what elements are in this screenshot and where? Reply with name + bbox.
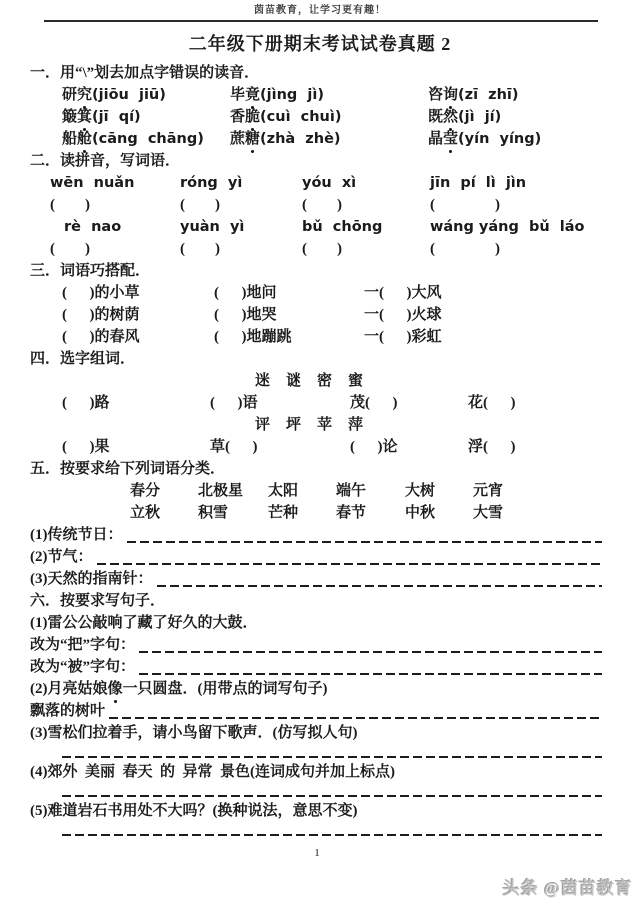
match-text: 的春风: [95, 329, 140, 345]
answer-bracket: ( ): [210, 395, 243, 411]
choice-char: 谜: [286, 370, 301, 392]
match-item: ( )的小草: [62, 282, 214, 304]
word-item: 船舱(cāng chāng): [62, 128, 230, 150]
fill-text: 语: [243, 395, 258, 411]
answer-bracket: ( ): [365, 395, 398, 411]
fill-row: ( )路 ( )语 茂( ) 花( ): [62, 392, 604, 414]
word-text: 咨: [428, 87, 443, 103]
word-text: 簸: [62, 109, 77, 125]
measure-word-prefix: 一: [364, 285, 379, 301]
match-text: 火球: [412, 307, 442, 323]
fill-text: 论: [383, 439, 398, 455]
word-text: 毕: [230, 87, 245, 103]
pinyin: (cuì chuì): [260, 109, 341, 125]
pinyin: wáng yáng bǔ láo: [430, 216, 604, 238]
word-bank-item: 元宵: [473, 480, 604, 502]
sentence-prompt: (4)郊外 美丽 春天 的 异常 景色(连词成句并加上标点): [30, 761, 604, 783]
word-bank-item: 中秋: [405, 502, 473, 524]
answer-bracket: ( ): [483, 395, 516, 411]
match-text: 的树荫: [95, 307, 140, 323]
choice-char: 坪: [286, 414, 301, 436]
answer-bracket: ( ): [62, 439, 95, 455]
match-text: 彩虹: [412, 329, 442, 345]
match-text: 地问: [247, 285, 277, 301]
word-text: 船: [62, 131, 77, 147]
match-text: 地蹦跳: [247, 329, 292, 345]
fill-text: 草: [210, 439, 225, 455]
pinyin: wēn nuǎn: [50, 172, 180, 194]
answer-bracket: ( ): [483, 439, 516, 455]
pinyin: (jiōu jiū): [92, 87, 166, 103]
section-3: 三．词语巧搭配． ( )的小草 ( )地问 一( )大风 ( )的树荫 ( )地…: [30, 260, 604, 348]
section-1-heading: 一．用“\”划去加点字错误的读音．: [30, 62, 604, 84]
prompt-text: (2)月亮姑娘: [30, 681, 108, 697]
section-6-heading: 六．按要求写句子．: [30, 590, 604, 612]
answer-bracket-row: ( ) ( ) ( ) ( ): [50, 238, 604, 260]
word-text: 香: [230, 109, 245, 125]
classify-label: (1)传统节日：: [30, 524, 123, 546]
word-item: 簸箕(jī qí): [62, 106, 230, 128]
match-item: ( )地哭: [214, 304, 364, 326]
answer-line: [127, 529, 603, 543]
answer-bracket: ( ): [302, 238, 430, 260]
word-bank-item: 端午: [336, 480, 405, 502]
page-number: 1: [30, 846, 604, 860]
answer-bracket: ( ): [180, 194, 302, 216]
fill-item: 浮( ): [468, 436, 604, 458]
measure-word-prefix: 一: [364, 307, 379, 323]
dotted-char: 询: [443, 84, 458, 106]
section-1-words: 研究(jiōu jiū) 毕竟(jìng jì) 咨询(zī zhī) 簸箕(j…: [62, 84, 604, 150]
word-text: 蔗: [230, 131, 245, 147]
classify-label: (2)节气：: [30, 546, 93, 568]
match-text: 地哭: [247, 307, 277, 323]
answer-bracket: ( ): [50, 194, 180, 216]
dotted-char: 像: [108, 678, 123, 700]
fill-item: 茂( ): [350, 392, 468, 414]
matching-row: ( )的小草 ( )地问 一( )大风: [62, 282, 604, 304]
word-text: 研: [62, 87, 77, 103]
match-text: 大风: [412, 285, 442, 301]
worksheet-page: 茵苗教育，让学习更有趣！ 二年级下册期末考试试卷真题 2 一．用“\”划去加点字…: [0, 0, 640, 905]
answer-bracket: ( ): [379, 307, 412, 323]
section-2: 二．读拼音，写词语． wēn nuǎn róng yì yóu xì jīn p…: [30, 150, 604, 260]
answer-line: [62, 783, 602, 797]
word-item: 蔗糖(zhà zhè): [230, 128, 428, 150]
rewrite-line: 改为“被”字句：: [30, 656, 604, 678]
answer-only-line: [58, 744, 604, 761]
word-item: 香脆(cuì chuì): [230, 106, 428, 128]
match-item: 一( )火球: [364, 304, 604, 326]
fill-row: ( )果 草( ) ( )论 浮( ): [62, 436, 604, 458]
rewrite-label: 改为“被”字句：: [30, 656, 135, 678]
pinyin: yuàn yì: [180, 216, 302, 238]
fill-item: ( )语: [210, 392, 350, 414]
word-text: 晶: [428, 131, 443, 147]
rewrite-label: 改为“把”字句：: [30, 634, 135, 656]
word-item: 研究(jiōu jiū): [62, 84, 230, 106]
answer-line: [139, 661, 602, 675]
dotted-char: 箕: [77, 106, 92, 128]
pinyin: róng yì: [180, 172, 302, 194]
answer-line: [62, 744, 602, 758]
page-title: 二年级下册期末考试试卷真题 2: [0, 31, 640, 57]
classify-line: (2)节气：: [30, 546, 604, 568]
answer-bracket: ( ): [214, 329, 247, 345]
measure-word-prefix: 一: [364, 329, 379, 345]
dotted-char: 糖: [245, 128, 260, 150]
classify-line: (1)传统节日：: [30, 524, 604, 546]
word-bank-item: 立秋: [130, 502, 198, 524]
answer-line: [62, 822, 602, 836]
answer-bracket: ( ): [62, 329, 95, 345]
pinyin: rè nao: [50, 216, 180, 238]
pinyin: (zhà zhè): [260, 131, 341, 147]
sentence-starter: 飘落的树叶: [30, 700, 105, 722]
choice-char: 密: [317, 370, 332, 392]
answer-bracket: ( ): [350, 439, 383, 455]
answer-bracket: ( ): [180, 238, 302, 260]
choice-char: 蜜: [348, 370, 363, 392]
dotted-char: 舱: [77, 128, 92, 150]
section-5-heading: 五．按要求给下列词语分类．: [30, 458, 604, 480]
sentence-starter-line: 飘落的树叶: [30, 700, 604, 722]
section-4: 四．选字组词． 迷 谜 密 蜜 ( )路 ( )语 茂( ) 花( ) 评 坪 …: [30, 348, 604, 458]
answer-bracket: ( ): [225, 439, 258, 455]
fill-item: ( )果: [62, 436, 210, 458]
choice-char: 评: [255, 414, 270, 436]
section-6: 六．按要求写句子． (1)雷公公敲响了藏了好久的大鼓． 改为“把”字句： 改为“…: [30, 590, 604, 839]
match-item: ( )地问: [214, 282, 364, 304]
fill-item: 草( ): [210, 436, 350, 458]
answer-line: [139, 639, 602, 653]
word-text: 既: [428, 109, 443, 125]
answer-line: [109, 705, 602, 719]
answer-bracket: ( ): [430, 238, 604, 260]
choice-char: 迷: [255, 370, 270, 392]
dotted-char: 究: [77, 84, 92, 106]
watermark: 头条 @茵苗教育: [503, 878, 633, 900]
pinyin: (jī qí): [92, 109, 141, 125]
header-slogan-text: 茵苗教育，让学习更有趣！: [254, 5, 386, 16]
answer-bracket: ( ): [214, 285, 247, 301]
character-choices: 评 坪 苹 萍: [255, 414, 363, 436]
answer-bracket-row: ( ) ( ) ( ) ( ): [50, 194, 604, 216]
fill-text: 路: [95, 395, 110, 411]
section-5: 五．按要求给下列词语分类． 春分 北极星 太阳 端午 大树 元宵 立秋 积雪 芒…: [30, 458, 604, 590]
sentence-prompt: (3)雪松们拉着手，请小鸟留下歌声．(仿写拟人句): [30, 722, 604, 744]
word-bank-item: 大树: [405, 480, 473, 502]
answer-bracket: ( ): [379, 329, 412, 345]
section-3-heading: 三．词语巧搭配．: [30, 260, 604, 282]
pinyin: bǔ chōng: [302, 216, 430, 238]
classify-line: (3)天然的指南针：: [30, 568, 604, 590]
pinyin: (jì jí): [458, 109, 501, 125]
word-item: 既然(jì jí): [428, 106, 604, 128]
fill-text: 浮: [468, 439, 483, 455]
pinyin: (jìng jì): [260, 87, 324, 103]
pinyin: (zī zhī): [458, 87, 519, 103]
matching-row: ( )的树荫 ( )地哭 一( )火球: [62, 304, 604, 326]
answer-bracket: ( ): [62, 307, 95, 323]
section-1: 一．用“\”划去加点字错误的读音． 研究(jiōu jiū) 毕竟(jìng j…: [30, 62, 604, 150]
fill-text: 花: [468, 395, 483, 411]
rewrite-line: 改为“把”字句：: [30, 634, 604, 656]
word-bank-item: 北极星: [198, 480, 268, 502]
section-2-heading: 二．读拼音，写词语．: [30, 150, 604, 172]
pinyin: jīn pí lì jìn: [430, 172, 604, 194]
word-item: 晶莹(yín yíng): [428, 128, 604, 150]
answer-bracket: ( ): [62, 285, 95, 301]
answer-bracket: ( ): [302, 194, 430, 216]
word-bank-item: 大雪: [473, 502, 604, 524]
choice-char: 苹: [317, 414, 332, 436]
prompt-text: 一只圆盘．(用带点的词写句子): [123, 681, 328, 697]
fill-text: 茂: [350, 395, 365, 411]
choice-char: 萍: [348, 414, 363, 436]
pinyin-row: rè nao yuàn yì bǔ chōng wáng yáng bǔ láo: [50, 216, 604, 238]
answer-only-line: [58, 822, 604, 839]
fill-item: ( )路: [62, 392, 210, 414]
classify-label: (3)天然的指南针：: [30, 568, 153, 590]
section-4-heading: 四．选字组词．: [30, 348, 604, 370]
word-item: 毕竟(jìng jì): [230, 84, 428, 106]
fill-item: ( )论: [350, 436, 468, 458]
answer-bracket: ( ): [214, 307, 247, 323]
match-item: ( )的春风: [62, 326, 214, 348]
fill-text: 果: [95, 439, 110, 455]
word-bank-item: 太阳: [268, 480, 336, 502]
match-text: 的小草: [95, 285, 140, 301]
pinyin: yóu xì: [302, 172, 430, 194]
fill-item: 花( ): [468, 392, 604, 414]
word-bank-item: 积雪: [198, 502, 268, 524]
pinyin: (yín yíng): [458, 131, 541, 147]
answer-only-line: [58, 783, 604, 800]
word-bank-item: 春节: [336, 502, 405, 524]
sentence-prompt: (1)雷公公敲响了藏了好久的大鼓．: [30, 612, 604, 634]
match-item: 一( )大风: [364, 282, 604, 304]
match-item: ( )的树荫: [62, 304, 214, 326]
sentence-prompt: (5)难道岩石书用处不大吗？(换种说法，意思不变): [30, 800, 604, 822]
answer-line: [157, 573, 603, 587]
sentence-prompt: (2)月亮姑娘像一只圆盘．(用带点的词写句子): [30, 678, 604, 700]
dotted-char: 莹: [443, 128, 458, 150]
pinyin: (cāng chāng): [92, 131, 204, 147]
character-choices: 迷 谜 密 蜜: [255, 370, 363, 392]
word-bank-row: 春分 北极星 太阳 端午 大树 元宵: [130, 480, 604, 502]
answer-bracket: ( ): [379, 285, 412, 301]
pinyin-row: wēn nuǎn róng yì yóu xì jīn pí lì jìn: [50, 172, 604, 194]
worksheet-content: 一．用“\”划去加点字错误的读音． 研究(jiōu jiū) 毕竟(jìng j…: [0, 62, 640, 860]
word-bank-row: 立秋 积雪 芒种 春节 中秋 大雪: [130, 502, 604, 524]
match-item: ( )地蹦跳: [214, 326, 364, 348]
answer-bracket: ( ): [50, 238, 180, 260]
answer-line: [97, 551, 603, 565]
word-bank-item: 芒种: [268, 502, 336, 524]
dotted-char: 脆: [245, 106, 260, 128]
dotted-char: 然: [443, 106, 458, 128]
header-slogan: 茵苗教育，让学习更有趣！: [0, 0, 640, 18]
answer-bracket: ( ): [62, 395, 95, 411]
word-bank-item: 春分: [130, 480, 198, 502]
match-item: 一( )彩虹: [364, 326, 604, 348]
matching-row: ( )的春风 ( )地蹦跳 一( )彩虹: [62, 326, 604, 348]
answer-bracket: ( ): [430, 194, 604, 216]
dotted-char: 竟: [245, 84, 260, 106]
word-item: 咨询(zī zhī): [428, 84, 604, 106]
header-divider: [44, 20, 598, 22]
